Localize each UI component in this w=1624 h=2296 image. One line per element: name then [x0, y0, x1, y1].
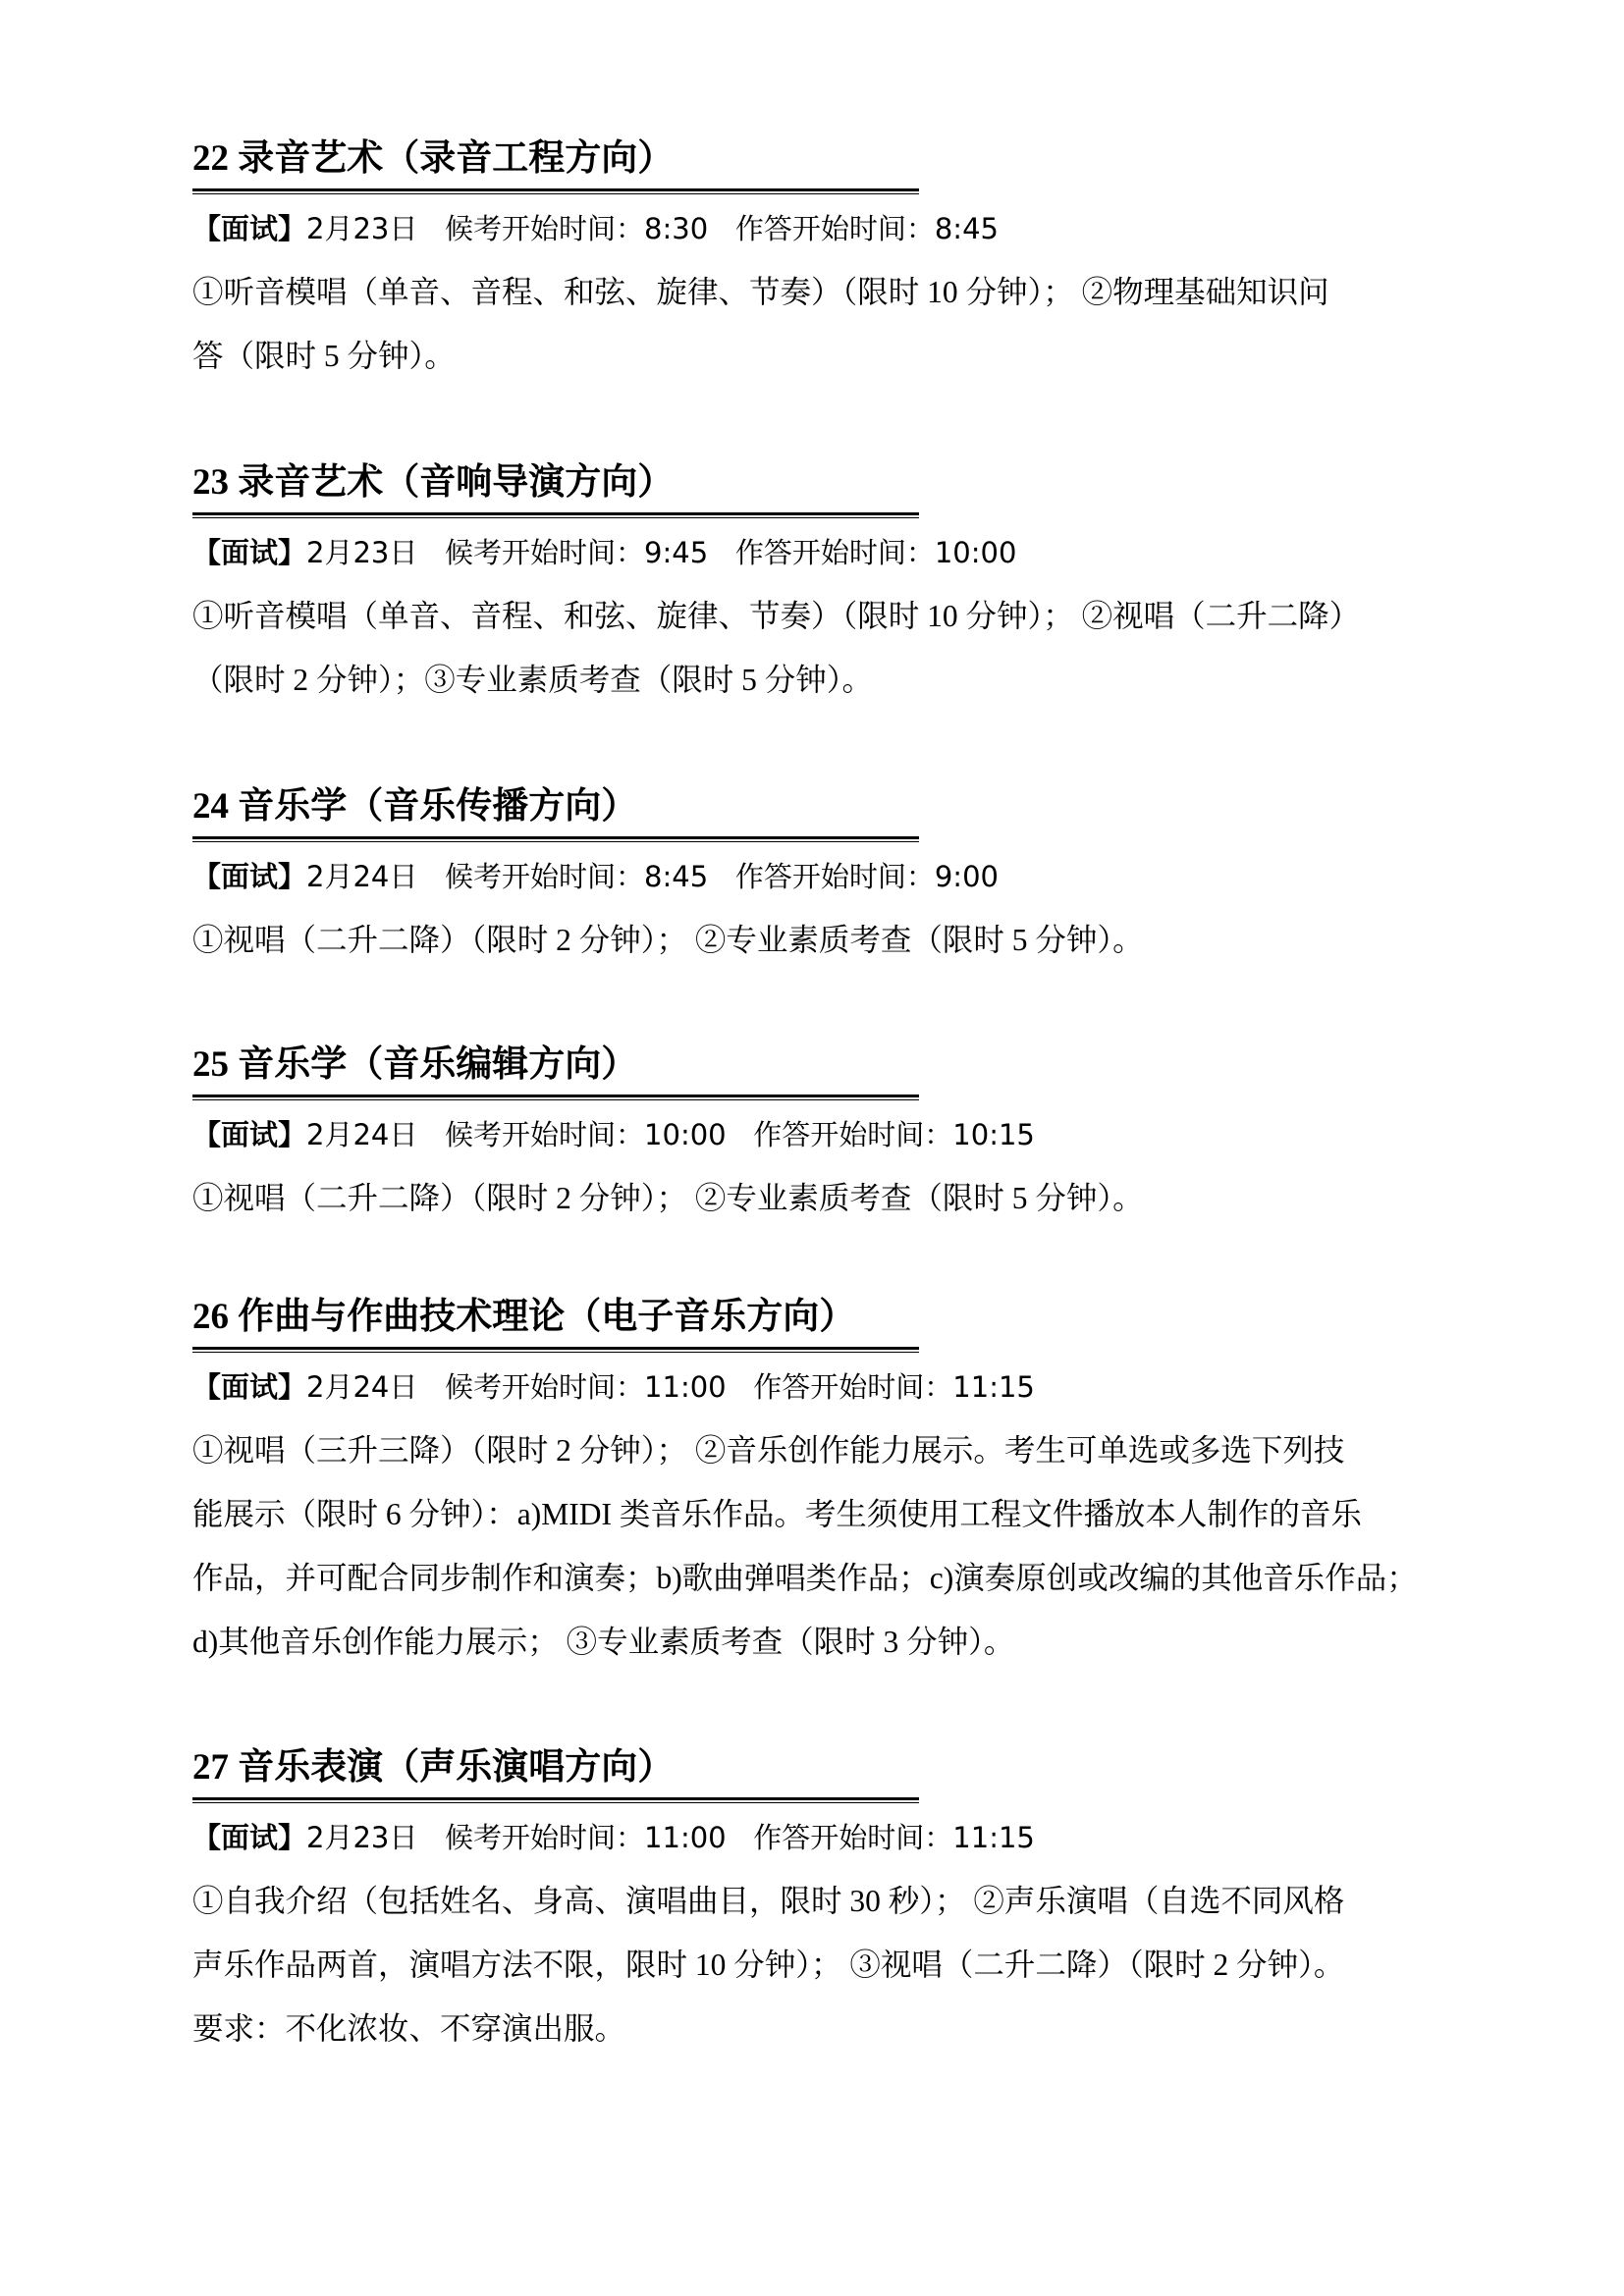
double-rule-divider — [192, 512, 919, 518]
content-line: ①视唱（二升二降）（限时 2 分钟）； ②专业素质考查（限时 5 分钟）。 — [192, 908, 1451, 972]
section-heading: 24 音乐学（音乐传播方向） — [192, 785, 1459, 828]
section-22: 22 录音艺术（录音工程方向） 【面试】2月23日 候考开始时间：8:30 作答… — [192, 137, 1459, 388]
section-24: 24 音乐学（音乐传播方向） 【面试】2月24日 候考开始时间：8:45 作答开… — [192, 785, 1459, 972]
content-line: 答（限时 5 分钟）。 — [192, 324, 1451, 388]
section-heading: 25 音乐学（音乐编辑方向） — [192, 1043, 1459, 1087]
exam-content: ①视唱（三升三降）（限时 2 分钟）； ②音乐创作能力展示。考生可单选或多选下列… — [192, 1418, 1451, 1674]
exam-schedule-line: 【面试】2月23日 候考开始时间：9:45 作答开始时间：10:00 — [192, 533, 1459, 572]
answer-time: 10:00 — [935, 536, 1017, 569]
content-line: ①视唱（三升三降）（限时 2 分钟）； ②音乐创作能力展示。考生可单选或多选下列… — [192, 1418, 1451, 1482]
exam-date: 2月24日 — [306, 1118, 417, 1151]
answer-label: 作答开始时间： — [735, 212, 935, 245]
exam-date: 2月23日 — [306, 536, 417, 569]
answer-time: 11:15 — [952, 1821, 1035, 1854]
exam-content: ①自我介绍（包括姓名、身高、演唱曲目，限时 30 秒）； ②声乐演唱（自选不同风… — [192, 1869, 1451, 2060]
double-rule-divider — [192, 1347, 919, 1353]
content-line: 作品，并可配合同步制作和演奏；b)歌曲弹唱类作品；c)演奏原创或改编的其他音乐作… — [192, 1546, 1451, 1610]
exam-date: 2月23日 — [306, 212, 417, 245]
exam-type: 【面试】 — [192, 1118, 306, 1151]
exam-schedule-line: 【面试】2月24日 候考开始时间：10:00 作答开始时间：10:15 — [192, 1115, 1459, 1154]
answer-label: 作答开始时间： — [735, 860, 935, 893]
exam-schedule-line: 【面试】2月23日 候考开始时间：8:30 作答开始时间：8:45 — [192, 209, 1459, 248]
double-rule-divider — [192, 188, 919, 194]
exam-type: 【面试】 — [192, 212, 306, 245]
wait-label: 候考开始时间： — [445, 1118, 644, 1151]
answer-label: 作答开始时间： — [735, 536, 935, 569]
section-27: 27 音乐表演（声乐演唱方向） 【面试】2月23日 候考开始时间：11:00 作… — [192, 1746, 1459, 2060]
section-26: 26 作曲与作曲技术理论（电子音乐方向） 【面试】2月24日 候考开始时间：11… — [192, 1296, 1459, 1674]
content-line: 声乐作品两首，演唱方法不限，限时 10 分钟）； ③视唱（二升二降）（限时 2 … — [192, 1933, 1451, 1997]
wait-label: 候考开始时间： — [445, 1370, 644, 1404]
content-line: 要求：不化浓妆、不穿演出服。 — [192, 1997, 1451, 2060]
exam-type: 【面试】 — [192, 860, 306, 893]
content-line: ①自我介绍（包括姓名、身高、演唱曲目，限时 30 秒）； ②声乐演唱（自选不同风… — [192, 1869, 1451, 1933]
exam-type: 【面试】 — [192, 536, 306, 569]
wait-label: 候考开始时间： — [445, 860, 644, 893]
wait-label: 候考开始时间： — [445, 212, 644, 245]
exam-content: ①视唱（二升二降）（限时 2 分钟）； ②专业素质考查（限时 5 分钟）。 — [192, 908, 1451, 972]
wait-time: 10:00 — [644, 1118, 727, 1151]
section-heading: 23 录音艺术（音响导演方向） — [192, 461, 1459, 505]
wait-time: 8:45 — [644, 860, 708, 893]
content-line: d)其他音乐创作能力展示； ③专业素质考查（限时 3 分钟）。 — [192, 1610, 1451, 1674]
double-rule-divider — [192, 836, 919, 842]
section-23: 23 录音艺术（音响导演方向） 【面试】2月23日 候考开始时间：9:45 作答… — [192, 461, 1459, 712]
content-line: ①听音模唱（单音、音程、和弦、旋律、节奏）（限时 10 分钟）； ②物理基础知识… — [192, 260, 1451, 324]
exam-content: ①听音模唱（单音、音程、和弦、旋律、节奏）（限时 10 分钟）； ②物理基础知识… — [192, 260, 1451, 388]
answer-time: 9:00 — [935, 860, 999, 893]
exam-content: ①听音模唱（单音、音程、和弦、旋律、节奏）（限时 10 分钟）； ②视唱（二升二… — [192, 584, 1451, 712]
wait-time: 8:30 — [644, 212, 708, 245]
exam-schedule-line: 【面试】2月24日 候考开始时间：11:00 作答开始时间：11:15 — [192, 1367, 1459, 1407]
exam-schedule-line: 【面试】2月24日 候考开始时间：8:45 作答开始时间：9:00 — [192, 857, 1459, 896]
exam-date: 2月23日 — [306, 1821, 417, 1854]
double-rule-divider — [192, 1095, 919, 1100]
content-line: （限时 2 分钟）；③专业素质考查（限时 5 分钟）。 — [192, 648, 1451, 712]
exam-content: ①视唱（二升二降）（限时 2 分钟）； ②专业素质考查（限时 5 分钟）。 — [192, 1166, 1451, 1230]
exam-schedule-line: 【面试】2月23日 候考开始时间：11:00 作答开始时间：11:15 — [192, 1818, 1459, 1857]
section-heading: 27 音乐表演（声乐演唱方向） — [192, 1746, 1459, 1789]
section-25: 25 音乐学（音乐编辑方向） 【面试】2月24日 候考开始时间：10:00 作答… — [192, 1043, 1459, 1230]
double-rule-divider — [192, 1797, 919, 1803]
wait-time: 11:00 — [644, 1821, 727, 1854]
content-line: ①视唱（二升二降）（限时 2 分钟）； ②专业素质考查（限时 5 分钟）。 — [192, 1166, 1451, 1230]
wait-time: 9:45 — [644, 536, 708, 569]
exam-type: 【面试】 — [192, 1370, 306, 1404]
answer-label: 作答开始时间： — [753, 1821, 952, 1854]
answer-label: 作答开始时间： — [753, 1118, 952, 1151]
exam-type: 【面试】 — [192, 1821, 306, 1854]
exam-date: 2月24日 — [306, 1370, 417, 1404]
content-line: ①听音模唱（单音、音程、和弦、旋律、节奏）（限时 10 分钟）； ②视唱（二升二… — [192, 584, 1451, 648]
answer-time: 8:45 — [935, 212, 999, 245]
wait-time: 11:00 — [644, 1370, 727, 1404]
answer-time: 11:15 — [952, 1370, 1035, 1404]
section-heading: 22 录音艺术（录音工程方向） — [192, 137, 1459, 181]
exam-date: 2月24日 — [306, 860, 417, 893]
wait-label: 候考开始时间： — [445, 536, 644, 569]
answer-label: 作答开始时间： — [753, 1370, 952, 1404]
content-line: 能展示（限时 6 分钟）：a)MIDI 类音乐作品。考生须使用工程文件播放本人制… — [192, 1482, 1451, 1546]
answer-time: 10:15 — [952, 1118, 1035, 1151]
section-heading: 26 作曲与作曲技术理论（电子音乐方向） — [192, 1296, 1459, 1339]
wait-label: 候考开始时间： — [445, 1821, 644, 1854]
